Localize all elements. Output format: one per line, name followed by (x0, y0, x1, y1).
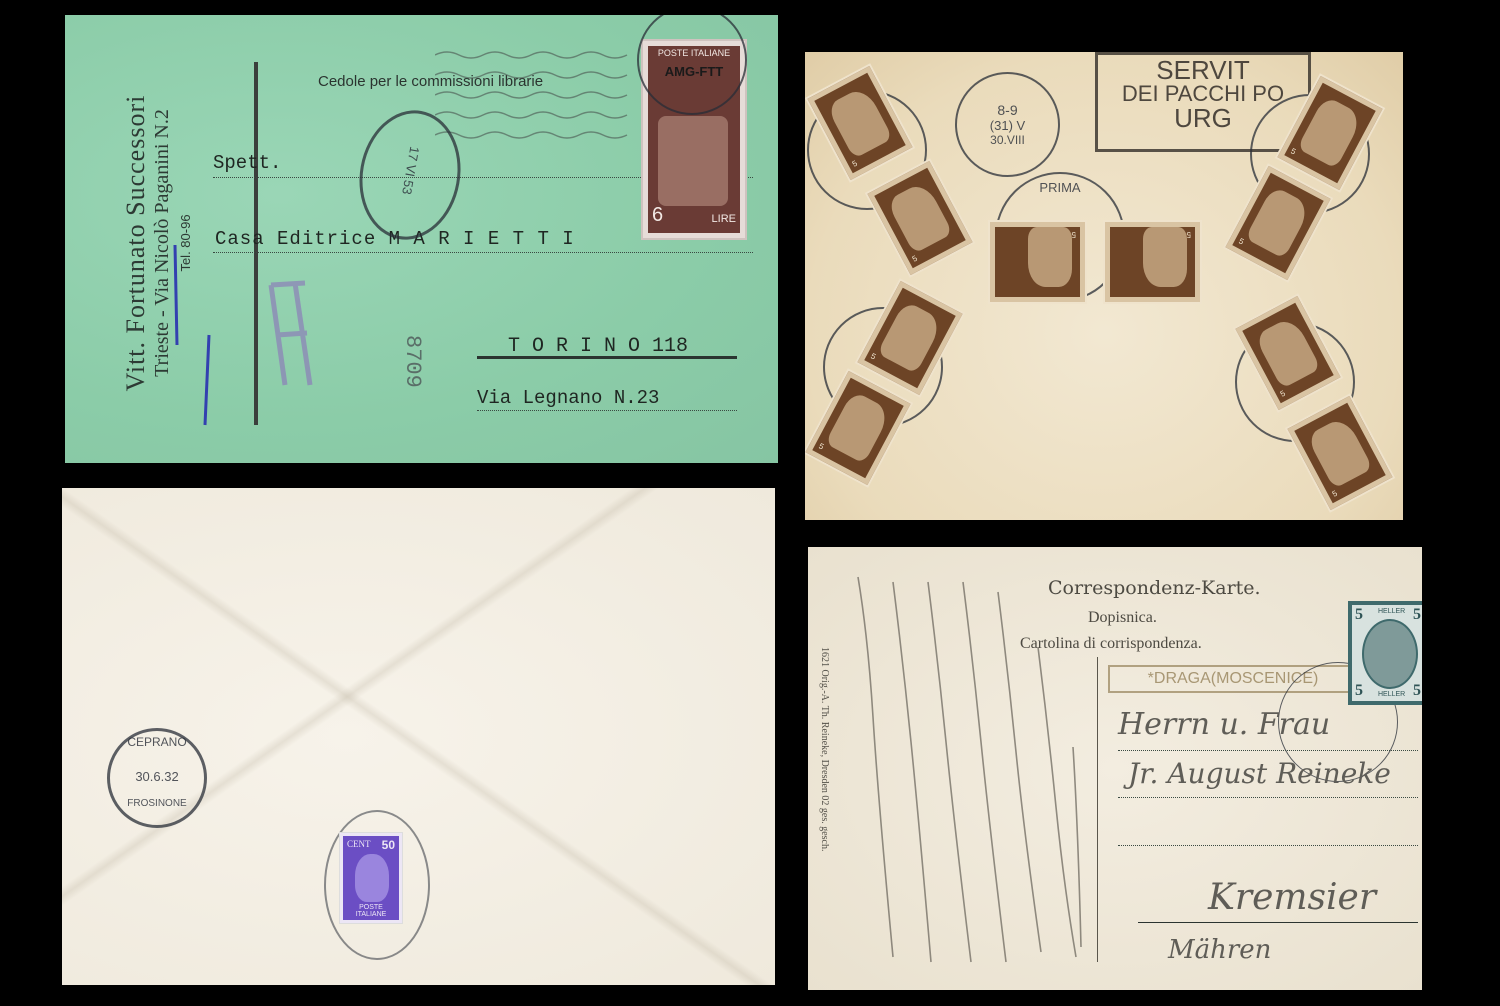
address-line (1138, 922, 1418, 923)
correspondence-card: Correspondenz-Karte. Dopisnica. Cartolin… (808, 547, 1422, 990)
addressee-city: T O R I N O 118 (508, 335, 688, 358)
stamp-5c: 5 (1105, 222, 1200, 302)
stamp-5-heller: 5 5 5 5 HELLER HELLER (1348, 601, 1422, 705)
wavy-cancel-icon (435, 45, 635, 155)
title-croatian: Dopisnica. (1088, 609, 1157, 627)
handstamp-number: 8709 (400, 335, 425, 388)
envelope-5c-stamps: 8-9 (31) V 30.VIII SERVIT DEI PACCHI PO … (805, 52, 1403, 520)
handwritten-address: Kremsier (1208, 877, 1376, 918)
sender-name: Vitt. Fortunato Successori (121, 33, 151, 453)
salutation: Spett. (213, 152, 281, 174)
handwritten-address: Mähren (1168, 935, 1271, 965)
stamp-50c: CENT 50 POSTE ITALIANE (340, 833, 402, 923)
ceprano-postmark: CEPRANO 30.6.32 FROSINONE (107, 728, 207, 828)
green-order-card: Vitt. Fortunato Successori Trieste - Via… (65, 15, 778, 463)
address-line (477, 410, 737, 411)
handwritten-message-icon (838, 567, 1088, 977)
emperor-portrait (1362, 619, 1418, 689)
handwritten-address: Jr. August Reineke (1128, 757, 1391, 790)
address-line (1118, 797, 1418, 798)
stamp-vignette (658, 116, 728, 206)
round-postmark: 8-9 (31) V 30.VIII (955, 72, 1060, 177)
address-line (1118, 750, 1418, 751)
address-line (1118, 845, 1418, 846)
handwritten-address: Herrn u. Frau (1118, 707, 1330, 742)
violet-mark-icon (265, 275, 325, 395)
printer-imprint: 1621 Orig.-A. Th. Reineke, Dresden 02 ge… (819, 647, 830, 852)
blue-pencil-mark-icon (165, 235, 215, 435)
city-underline (477, 356, 737, 359)
stamp-5c: 5 (990, 222, 1085, 302)
king-portrait (355, 854, 389, 902)
address-line (213, 252, 753, 253)
addressee-street: Via Legnano N.23 (477, 387, 659, 409)
divider (1097, 657, 1098, 962)
white-envelope: CEPRANO 30.6.32 FROSINONE CENT 50 POSTE … (62, 488, 775, 985)
